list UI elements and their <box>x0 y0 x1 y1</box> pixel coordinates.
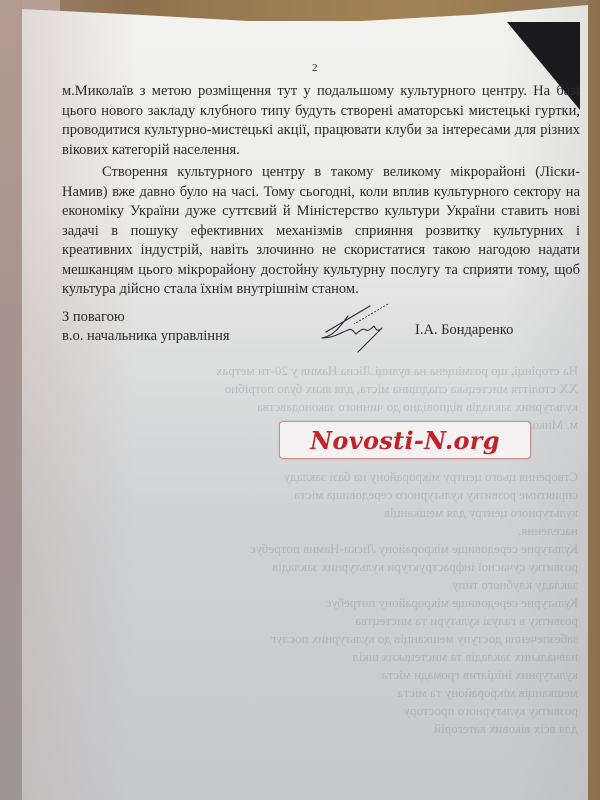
bleed-line: розвитку сучасної інфраструктури культур… <box>58 558 578 576</box>
bleed-line: мешканців мікрорайону та міста <box>58 684 578 702</box>
handwritten-signature-icon <box>318 302 398 354</box>
bleed-line: Культурне середовище мікрорайону потребу… <box>58 594 578 612</box>
bleed-line: Культурне середовище мікрорайону Ліски-Н… <box>58 540 578 558</box>
watermark-text: Novosti-N.org <box>310 426 500 455</box>
paragraph-2: Створення культурного центру в такому ве… <box>62 163 580 300</box>
bleed-line: закладу клубного типу <box>58 576 578 594</box>
bleed-line: розвитку в галузі культури та мистецтва <box>58 612 578 630</box>
bleed-line: культурного центру для мешканців <box>58 504 578 522</box>
bleed-line: культурних закладів відповідно до чинног… <box>58 398 578 416</box>
bleed-line: навчальних закладів та мистецьких шкіл <box>58 648 578 666</box>
page-number: 2 <box>312 62 318 74</box>
bleed-line: населення. <box>58 522 578 540</box>
bleed-line: розвитку культурного простору <box>58 702 578 720</box>
letter-body: м.Миколаїв з метою розміщення тут у пода… <box>62 82 580 300</box>
bleed-line: для всіх вікових категорій <box>58 720 578 738</box>
bleed-line: Створення цього центру мікрорайону на ба… <box>58 468 578 486</box>
signatory-name: І.А. Бондаренко <box>415 322 513 339</box>
bleed-line: сприятиме розвитку культурного середовищ… <box>58 486 578 504</box>
bleed-line: XX століття мистецька спадщина міста, дл… <box>58 380 578 398</box>
bleed-line: На сторінці, що розміщена на вулиці Лісн… <box>58 362 578 380</box>
watermark-badge: Novosti-N.org <box>279 421 531 459</box>
bleed-line: забезпечення доступу мешканців до культу… <box>58 630 578 648</box>
paragraph-1: м.Миколаїв з метою розміщення тут у пода… <box>62 82 580 160</box>
bleed-through-text-2: Створення цього центру мікрорайону на ба… <box>58 468 578 738</box>
bleed-line: культурних ініціатив громади міста <box>58 666 578 684</box>
